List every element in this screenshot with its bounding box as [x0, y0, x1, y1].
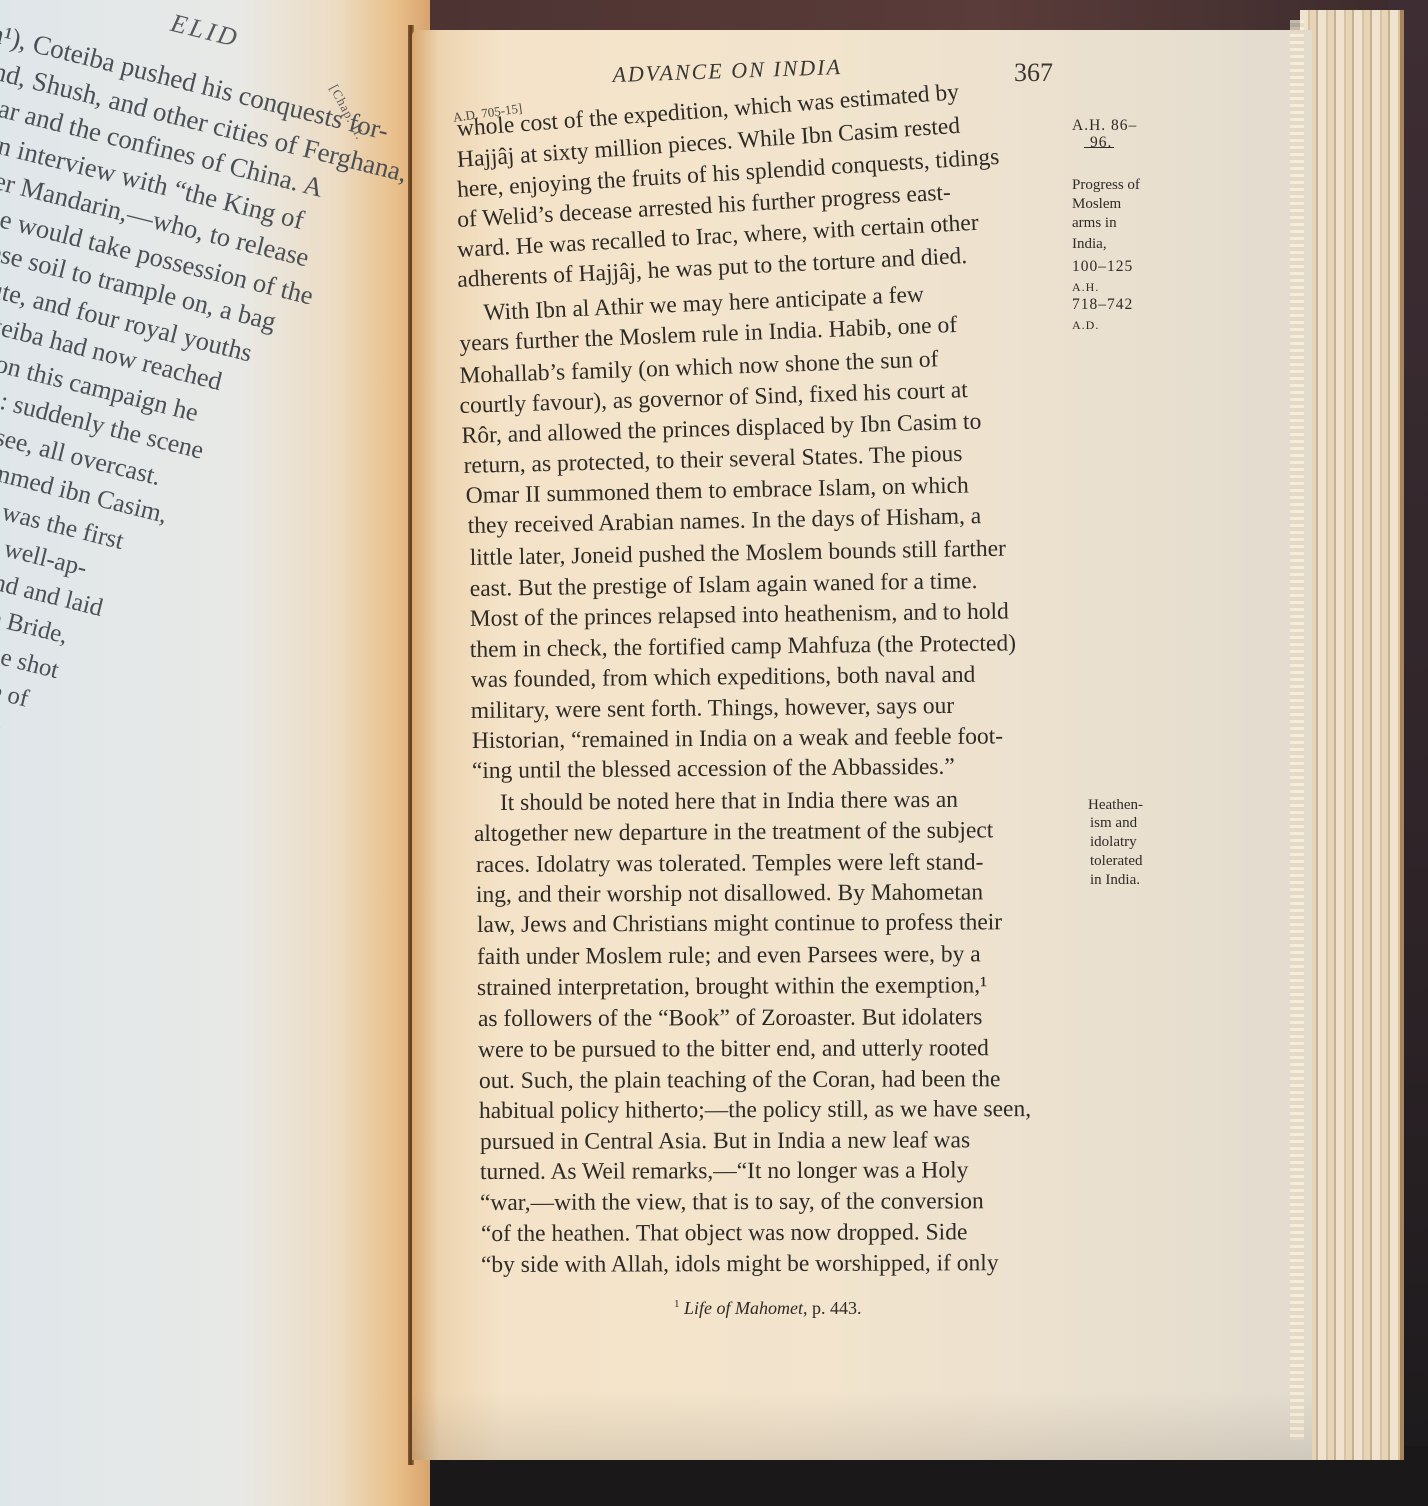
footnote-page: , p. 443. [803, 1298, 862, 1318]
text-line: “of the heathen. That object was now dro… [481, 1219, 967, 1248]
text-line: races. Idolatry was tolerated. Temples w… [476, 849, 984, 879]
text-line: was founded, from which expeditions, bot… [471, 662, 976, 694]
text-line: “war,—with the view, that is to say, of … [480, 1188, 984, 1217]
left-running-head: ELID [168, 8, 243, 54]
page-number: 367 [1014, 58, 1053, 88]
margin-note-heathen-2: ism and [1090, 815, 1137, 832]
footnote-marker: 1 [674, 1298, 680, 1310]
footnote-title: Life of Mahomet [684, 1298, 803, 1318]
text-line: habitual policy hitherto;—the policy sti… [479, 1096, 1031, 1125]
text-line: military, were sent forth. Things, howev… [471, 693, 955, 725]
margin-note-ah-2: 96. [1090, 134, 1112, 151]
margin-note-years-ad: 718–742 [1072, 296, 1133, 313]
text-line: “ing until the blessed accession of the … [472, 754, 955, 785]
footnote: 1 Life of Mahomet, p. 443. [674, 1298, 862, 1319]
margin-note-heathen-1: Heathen- [1088, 797, 1143, 814]
margin-note-heathen-3: idolatry [1090, 834, 1137, 851]
text-line: law, Jews and Christians might continue … [477, 909, 1002, 939]
margin-note-ah: A.H. 86– [1072, 117, 1137, 134]
margin-rule [1084, 147, 1114, 148]
text-line: as followers of the “Book” of Zoroaster.… [478, 1004, 983, 1033]
margin-note-progress-4: India, [1072, 236, 1107, 253]
text-line: faith under Moslem rule; and even Parsee… [477, 941, 981, 971]
text-line: strained interpretation, brought within … [477, 972, 987, 1002]
page-edges-stack [1300, 10, 1404, 1460]
deckle-edge [1290, 20, 1304, 1440]
text-line: out. Such, the plain teaching of the Cor… [479, 1066, 1001, 1095]
text-line: turned. As Weil remarks,—“It no longer w… [480, 1157, 969, 1186]
margin-note-years-ah: 100–125 [1072, 258, 1133, 275]
margin-note-ad-label: A.D. [1072, 317, 1099, 334]
margin-note-heathen-4: tolerated [1090, 853, 1142, 870]
margin-note-progress-2: Moslem [1072, 196, 1121, 213]
text-line: “by side with Allah, idols might be wors… [481, 1250, 999, 1279]
margin-note-ah-label: A.H. [1072, 279, 1099, 296]
text-line: ing, and their worship not disallowed. B… [476, 879, 983, 909]
text-line: altogether new departure in the treatmen… [474, 817, 994, 848]
margin-note-progress-3: arms in [1072, 215, 1117, 232]
left-page: ELID [Chap. II. chain¹), Coteiba pushed … [0, 0, 430, 1506]
text-line: were to be pursued to the bitter end, an… [478, 1035, 989, 1064]
text-line: Historian, “remained in India on a weak … [472, 723, 1003, 755]
margin-note-progress-1: Progress of [1072, 177, 1140, 194]
text-line: pursued in Central Asia. But in India a … [480, 1127, 970, 1156]
margin-note-heathen-5: in India. [1090, 872, 1140, 889]
text-line: It should be noted here that in India th… [500, 787, 958, 817]
